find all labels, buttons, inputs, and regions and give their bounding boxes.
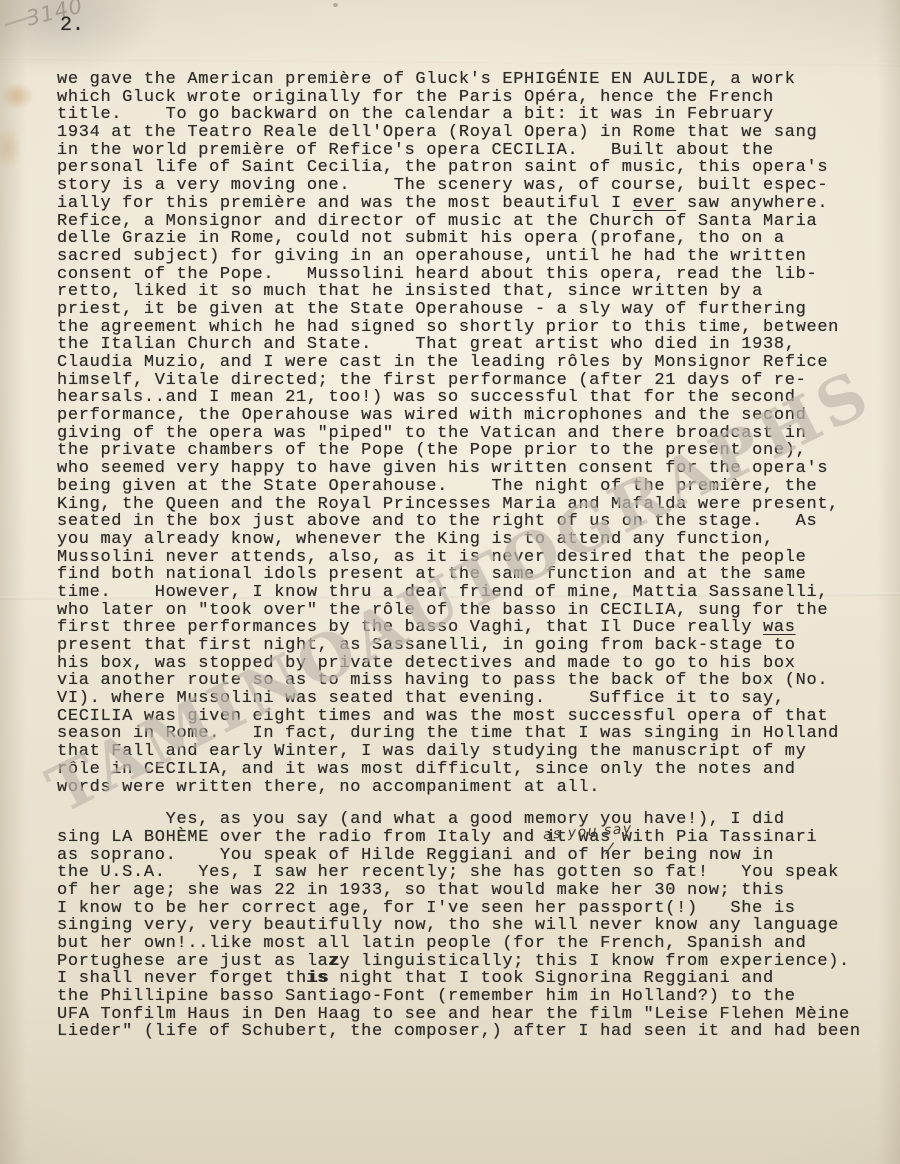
letter-line: the Phillipine basso Santiago-Font (reme… — [57, 988, 867, 1006]
letter-line: I shall never forget this night that I t… — [57, 970, 867, 988]
letter-line: via another route so as to miss having t… — [57, 672, 867, 690]
letter-line: hearsals..and I mean 21, too!) was so su… — [57, 389, 867, 407]
letter-line: VI). where Mussolini was seated that eve… — [57, 690, 867, 708]
letter-body: we gave the American première of Gluck's… — [57, 71, 867, 1041]
letter-line: seated in the box just above and to the … — [57, 513, 867, 531]
letter-line: Portughese are just as lazy linguistical… — [57, 953, 867, 971]
letter-line: priest, it be given at the State Operaho… — [57, 301, 867, 319]
letter-line: story is a very moving one. The scenery … — [57, 177, 867, 195]
letter-line: who seemed very happy to have given his … — [57, 460, 867, 478]
letter-line: present that first night, as Sassanelli,… — [57, 637, 867, 655]
paragraph: Yes, as you say (and what a good memory … — [57, 811, 867, 1041]
paragraph: we gave the American première of Gluck's… — [57, 71, 867, 796]
letter-line: the private chambers of the Pope (the Po… — [57, 442, 867, 460]
letter-line: Refice, a Monsignor and director of musi… — [57, 213, 867, 231]
paper-stain — [0, 82, 34, 110]
letter-line: Claudia Muzio, and I were cast in the le… — [57, 354, 867, 372]
letter-line: rôle in CECILIA, and it was most difficu… — [57, 761, 867, 779]
letter-line: Mussolini never attends, also, as it is … — [57, 549, 867, 567]
letter-line: Lieder" (life of Schubert, the composer,… — [57, 1023, 867, 1041]
letter-line: you may already know, whenever the King … — [57, 531, 867, 549]
letter-line: title. To go backward on the calendar a … — [57, 106, 867, 124]
right-edge-shadow — [878, 0, 900, 1164]
letter-line: the U.S.A. Yes, I saw her recently; she … — [57, 864, 867, 882]
letter-line: sacred subject) for giving in an operaho… — [57, 248, 867, 266]
letter-line: himself, Vitale directed; the first perf… — [57, 372, 867, 390]
letter-line: consent of the Pope. Mussolini heard abo… — [57, 266, 867, 284]
letter-line: as soprano. You speak of Hilde Reggiani … — [57, 847, 867, 865]
letter-line: his box, was stopped by private detectiv… — [57, 655, 867, 673]
letter-line: time. However, I know thru a dear friend… — [57, 584, 867, 602]
letter-line: personal life of Saint Cecilia, the patr… — [57, 159, 867, 177]
letter-line: being given at the State Operahouse. The… — [57, 478, 867, 496]
letter-line: retto, liked it so much that he insisted… — [57, 283, 867, 301]
letter-line: words were written there, no accompanime… — [57, 779, 867, 797]
page-number: 2. — [60, 14, 84, 37]
letter-line: singing very, very beautifully now, tho … — [57, 917, 867, 935]
letter-line: sing LA BOHÈME over the radio from Italy… — [57, 829, 867, 847]
letter-line: but her own!..like most all latin people… — [57, 935, 867, 953]
letter-line: we gave the American première of Gluck's… — [57, 71, 867, 89]
letter-line: in the world première of Refice's opera … — [57, 142, 867, 160]
letter-line: King, the Queen and the Royal Princesses… — [57, 496, 867, 514]
letter-line: of her age; she was 22 in 1933, so that … — [57, 882, 867, 900]
letter-line: which Gluck wrote originally for the Par… — [57, 89, 867, 107]
letter-line: I know to be her correct age, for I've s… — [57, 900, 867, 918]
letter-line: Yes, as you say (and what a good memory … — [57, 811, 867, 829]
letter-line: season in Rome. In fact, during the time… — [57, 725, 867, 743]
letter-line: giving of the opera was "piped" to the V… — [57, 425, 867, 443]
paper-speck — [333, 3, 338, 7]
letter-line: delle Grazie in Rome, could not submit h… — [57, 230, 867, 248]
letter-line: ially for this première and was the most… — [57, 195, 867, 213]
letter-line: CECILIA was given eight times and was th… — [57, 708, 867, 726]
letter-line: who later on "took over" the rôle of the… — [57, 602, 867, 620]
letter-line: that Fall and early Winter, I was daily … — [57, 743, 867, 761]
letter-line: 1934 at the Teatro Reale dell'Opera (Roy… — [57, 124, 867, 142]
letter-page: 3140 2. we gave the American première of… — [0, 0, 900, 1164]
letter-line: first three performances by the basso Va… — [57, 619, 867, 637]
letter-line: UFA Tonfilm Haus in Den Haag to see and … — [57, 1006, 867, 1024]
letter-line: the agreement which he had signed so sho… — [57, 319, 867, 337]
letter-line: find both national idols present at the … — [57, 566, 867, 584]
letter-line: the Italian Church and State. That great… — [57, 336, 867, 354]
left-edge-shadow — [0, 0, 26, 1164]
letter-line: performance, the Operahouse was wired wi… — [57, 407, 867, 425]
